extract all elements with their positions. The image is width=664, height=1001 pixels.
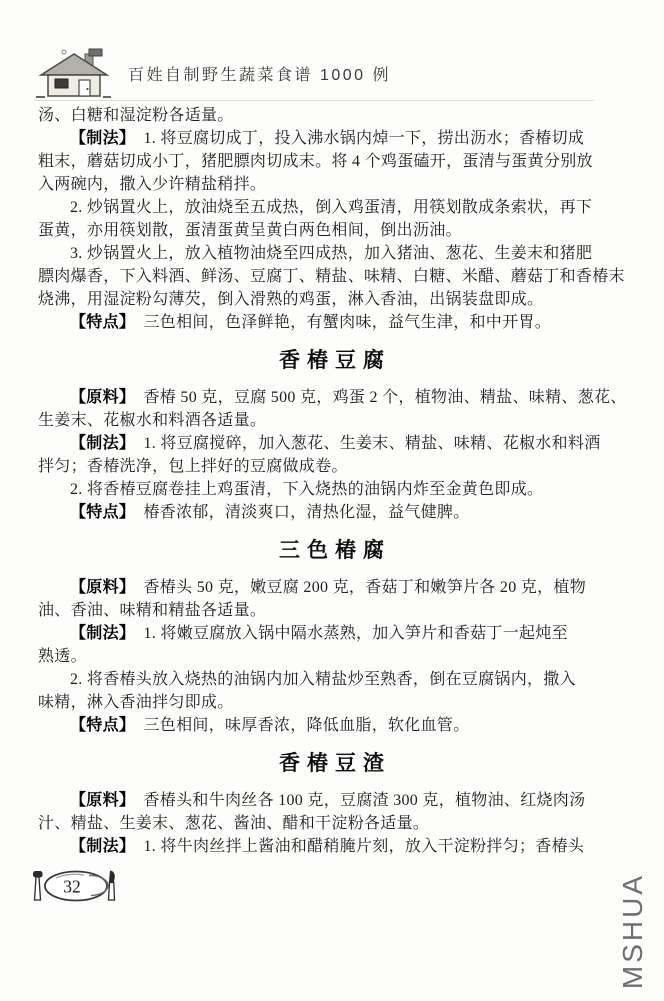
field-label: 【原料】 [70, 792, 127, 809]
text-line: 蛋黄，亦用筷划散，蛋清蛋黄呈黄白两色相间，倒出沥油。 [38, 219, 626, 242]
section-banner-row: 三色椿腐 [38, 533, 626, 567]
text-line: 【制法】 1. 将豆腐切成丁，投入沸水锅内焯一下，捞出沥水；香椿切成 [38, 127, 626, 150]
text-line: 拌匀；香椿洗净，包上拌好的豆腐做成卷。 [38, 455, 626, 478]
text-line: 生姜末、花椒水和料酒各适量。 [38, 409, 626, 432]
text-line: 汤、白糖和湿淀粉各适量。 [38, 104, 626, 127]
page-number-plate: 32 [26, 866, 126, 913]
text-line: 2. 将香椿豆腐卷挂上鸡蛋清，下入烧热的油锅内炸至金黄色即成。 [38, 478, 626, 501]
book-title: 百姓自制野生蔬菜食谱 1000 例 [128, 62, 391, 85]
field-label: 【特点】 [70, 504, 127, 521]
watermark: MSHUA [617, 873, 649, 989]
section-banner-row: 香椿豆腐 [38, 343, 626, 377]
text-line: 熟透。 [38, 645, 626, 668]
text-line: 【原料】 香椿 50 克，豆腐 500 克，鸡蛋 2 个，植物油、精盐、味精、葱… [38, 386, 626, 409]
text-line: 味精，淋入香油拌匀即成。 [38, 691, 626, 714]
text-line: 【制法】 1. 将嫩豆腐放入锅中隔水蒸熟，加入笋片和香菇丁一起炖至 [38, 622, 626, 645]
content: 汤、白糖和湿淀粉各适量。【制法】 1. 将豆腐切成丁，投入沸水锅内焯一下，捞出沥… [38, 104, 626, 858]
text-line: 膘肉爆香，下入料酒、鲜汤、豆腐丁、精盐、味精、白糖、米醋、蘑菇丁和香椿末 [38, 265, 626, 288]
section-banner-title: 三色椿腐 [259, 533, 405, 567]
text-line: 【原料】 香椿头 50 克，嫩豆腐 200 克，香菇丁和嫩笋片各 20 克，植物 [38, 576, 626, 599]
section-banner-row: 香椿豆渣 [38, 746, 626, 780]
text-line: 【制法】 1. 将牛肉丝拌上酱油和醋稍腌片刻，放入干淀粉拌匀；香椿头 [38, 835, 626, 858]
text-line: 烧沸，用湿淀粉勾薄芡，倒入滑熟的鸡蛋，淋入香油，出锅装盘即成。 [38, 288, 626, 311]
text-line: 2. 将香椿头放入烧热的油锅内加入精盐炒至熟香，倒在豆腐锅内，撒入 [38, 668, 626, 691]
text-line: 粗末，蘑菇切成小丁，猪肥膘肉切成末。将 4 个鸡蛋磕开，蛋清与蛋黄分别放 [38, 150, 626, 173]
field-label: 【原料】 [70, 579, 127, 596]
text-line: 【制法】 1. 将豆腐搅碎，加入葱花、生姜末、精盐、味精、花椒水和料酒 [38, 432, 626, 455]
text-line: 【特点】 三色相间，色泽鲜艳，有蟹肉味，益气生津，和中开胃。 [38, 311, 626, 334]
text-line: 【特点】 三色相间，味厚香浓，降低血脂，软化血管。 [38, 714, 626, 737]
field-label: 【原料】 [70, 389, 127, 406]
text-line: 【原料】 香椿头和牛肉丝各 100 克，豆腐渣 300 克，植物油、红烧肉汤 [38, 789, 626, 812]
book-page: 百姓自制野生蔬菜食谱 1000 例 汤、白糖和湿淀粉各适量。【制法】 1. 将豆… [0, 0, 664, 1001]
text-line: 油、香油、味精和精盐各适量。 [38, 599, 626, 622]
page-number: 32 [63, 877, 81, 897]
page-header: 百姓自制野生蔬菜食谱 1000 例 [34, 50, 594, 101]
fork-icon [33, 871, 43, 900]
field-label: 【制法】 [70, 435, 127, 452]
text-line: 【特点】 椿香浓郁，清淡爽口，清热化湿，益气健脾。 [38, 501, 626, 524]
field-label: 【制法】 [70, 130, 127, 147]
field-label: 【特点】 [70, 717, 127, 734]
knife-icon [109, 871, 115, 901]
text-line: 2. 炒锅置火上，放油烧至五成热，倒入鸡蛋清，用筷划散成条索状，再下 [38, 196, 626, 219]
field-label: 【制法】 [70, 838, 127, 855]
text-line: 3. 炒锅置火上，放入植物油烧至四成热，加入猪油、葱花、生姜末和猪肥 [38, 242, 626, 265]
text-line: 汁、精盐、生姜末、葱花、酱油、醋和干淀粉各适量。 [38, 812, 626, 835]
text-line: 入两碗内，撒入少许精盐稍拌。 [38, 173, 626, 196]
house-icon [34, 48, 114, 98]
field-label: 【特点】 [70, 314, 127, 331]
section-banner-title: 香椿豆腐 [259, 343, 405, 377]
section-banner-title: 香椿豆渣 [259, 746, 405, 780]
field-label: 【制法】 [70, 625, 127, 642]
